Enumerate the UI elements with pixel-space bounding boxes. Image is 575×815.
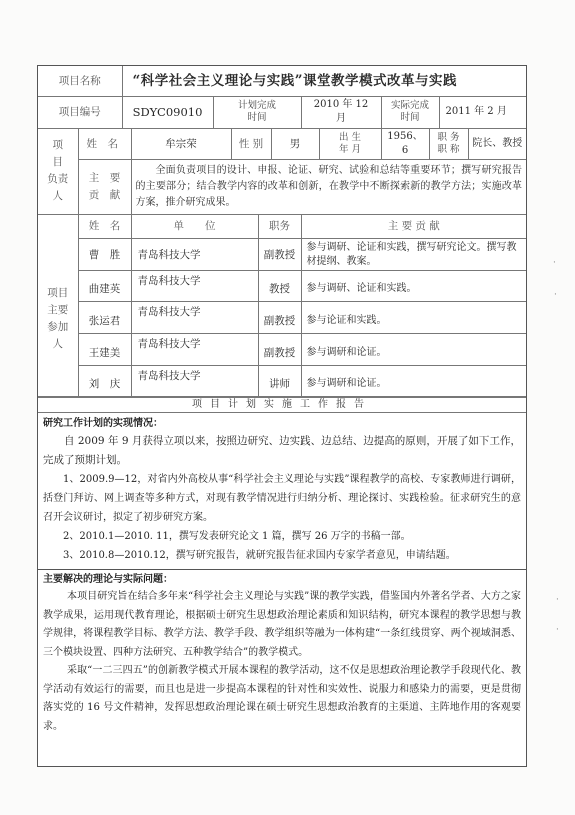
member-unit: 青岛科技大学 — [131, 239, 258, 271]
table-row: 曹 胜 青岛科技大学 副教授 参与调研、论证和实践，撰写研究论文。撰写教材提纲、… — [38, 239, 526, 271]
members-group-label: 项目 主要 参加 人 — [38, 215, 78, 397]
leader-title-label: 职 务 职 称 — [429, 129, 468, 159]
leader-group-label: 项 目 负责 人 — [38, 129, 78, 214]
member-unit: 青岛科技大学 — [131, 271, 258, 302]
project-code-value: SDYC09010 — [122, 97, 213, 129]
leader-name-value: 牟宗荣 — [131, 129, 231, 159]
report-section-title: 项目计划实施工作报告 — [38, 397, 526, 412]
plan-paragraph: 3、2010.8—2010.12，撰写研究报告，就研究报告征求国内专家学者意见，… — [43, 546, 521, 565]
planned-label-line1: 计划完成 — [217, 100, 298, 112]
leader-gender-value: 男 — [271, 129, 319, 159]
plan-paragraph: 自 2009 年 9 月获得立项以来，按照边研究、边实践、边总结、边提高的原则，… — [43, 432, 521, 470]
member-name: 张运君 — [78, 302, 131, 334]
project-report-form: 项目名称 “科学社会主义理论与实践”课堂教学模式改革与实践 项目编号 SDYC0… — [37, 65, 527, 767]
member-contribution: 参与调研、论证和实践。 — [301, 271, 526, 302]
member-contribution: 参与调研、论证和实践，撰写研究论文。撰写教材提纲、教案。 — [301, 239, 526, 271]
member-title: 教授 — [258, 271, 301, 302]
scan-speck: · — [556, 595, 559, 605]
members-table: 项目 主要 参加 人 姓 名 单 位 职务 主 要 贡 献 曹 胜 青岛科技大学… — [38, 215, 526, 398]
plan-paragraph: 2、2010.1—2010. 11，撰写发表研究论文 1 篇，撰写 26 万字的… — [43, 527, 521, 546]
scan-speck: · — [556, 625, 559, 635]
member-name: 曹 胜 — [78, 239, 131, 271]
member-name: 王建美 — [78, 334, 131, 366]
leader-birth-value: 1956、6 — [381, 129, 429, 159]
member-title: 副教授 — [258, 302, 301, 334]
scan-speck: · — [553, 258, 556, 268]
table-row: 曲建英 青岛科技大学 教授 参与调研、论证和实践。 — [38, 271, 526, 302]
members-group-char: 主要 — [41, 302, 75, 319]
project-code-label: 项目编号 — [38, 97, 122, 129]
planned-completion-label: 计划完成 时间 — [213, 97, 301, 129]
actual-label-line2: 时间 — [385, 112, 436, 124]
issues-heading: 主要解决的理论与实际问题： — [43, 572, 521, 588]
members-header-contribution: 主 要 贡 献 — [301, 215, 526, 239]
member-contribution: 参与调研和论证。 — [301, 366, 526, 397]
planned-completion-value: 2010 年 12 月 — [301, 97, 381, 129]
plan-heading: 研究工作计划的实现情况： — [43, 416, 521, 432]
project-meta-table: 项目编号 SDYC09010 计划完成 时间 2010 年 12 月 实际完成 … — [38, 97, 526, 130]
members-header-name: 姓 名 — [78, 215, 131, 239]
plan-paragraph: 1、2009.9—12，对省内外高校从事“科学社会主义理论与实践”课程教学的高校… — [43, 470, 521, 527]
birth-label-line1: 出 生 — [323, 132, 378, 144]
leader-group-char: 负责 — [41, 171, 75, 188]
title-label-line1: 职 务 — [433, 132, 465, 144]
leader-group-char: 项 — [41, 137, 75, 154]
members-header-title: 职务 — [258, 215, 301, 239]
members-group-char: 项目 — [41, 285, 75, 302]
leader-contribution-value: 全面负责项目的设计、申报、论证、研究、试验和总结等重要环节；撰写研究报告的主要部… — [131, 159, 526, 214]
project-name-label: 项目名称 — [38, 66, 122, 96]
member-name: 曲建英 — [78, 271, 131, 302]
members-group-char: 参加 — [41, 319, 75, 336]
member-unit: 青岛科技大学 — [131, 302, 258, 334]
plan-realization-block: 研究工作计划的实现情况： 自 2009 年 9 月获得立项以来，按照边研究、边实… — [38, 412, 526, 569]
table-row: 王建美 青岛科技大学 副教授 参与调研和论证。 — [38, 334, 526, 366]
leader-birth-label: 出 生 年 月 — [319, 129, 381, 159]
project-name-table: 项目名称 “科学社会主义理论与实践”课堂教学模式改革与实践 — [38, 66, 526, 97]
member-contribution: 参与论证和实践。 — [301, 302, 526, 334]
members-group-char: 人 — [41, 336, 75, 353]
members-header-unit: 单 位 — [131, 215, 258, 239]
contrib-label-line1: 主 要 — [82, 170, 128, 187]
member-contribution: 参与调研和论证。 — [301, 334, 526, 366]
member-unit: 青岛科技大学 — [131, 366, 258, 397]
actual-label-line1: 实际完成 — [385, 100, 436, 112]
planned-label-line2: 时间 — [217, 112, 298, 124]
leader-contribution-label: 主 要 贡 献 — [78, 159, 131, 214]
member-unit: 青岛科技大学 — [131, 334, 258, 366]
leader-title-value: 院长、教授 — [468, 129, 526, 159]
contrib-label-line2: 贡 献 — [82, 187, 128, 204]
issues-solved-block: 主要解决的理论与实际问题： 本项目研究旨在结合多年来“科学社会主义理论与实践”课… — [38, 569, 526, 766]
actual-completion-label: 实际完成 时间 — [381, 97, 439, 129]
member-title: 副教授 — [258, 239, 301, 271]
issues-paragraph: 本项目研究旨在结合多年来“科学社会主义理论与实践”课的教学实践，借鉴国内外著名学… — [43, 588, 521, 662]
member-title: 副教授 — [258, 334, 301, 366]
member-title: 讲师 — [258, 366, 301, 397]
table-row: 刘 庆 青岛科技大学 讲师 参与调研和论证。 — [38, 366, 526, 397]
project-name-value: “科学社会主义理论与实践”课堂教学模式改革与实践 — [122, 66, 526, 96]
scan-speck: · — [554, 290, 557, 300]
leader-gender-label: 性 别 — [231, 129, 271, 159]
leader-group-char: 人 — [41, 188, 75, 205]
leader-group-char: 目 — [41, 154, 75, 171]
member-name: 刘 庆 — [78, 366, 131, 397]
actual-completion-value: 2011 年 2 月 — [439, 97, 526, 129]
leader-table: 项 目 负责 人 姓 名 牟宗荣 性 别 男 出 生 年 月 1956、6 职 … — [38, 129, 526, 215]
birth-label-line2: 年 月 — [323, 144, 378, 156]
title-label-line2: 职 称 — [433, 144, 465, 156]
leader-name-label: 姓 名 — [78, 129, 131, 159]
issues-paragraph: 采取“一二三四五”的创新教学模式开展本课程的教学活动，这不仅是思想政治理论教学手… — [43, 662, 521, 736]
table-row: 张运君 青岛科技大学 副教授 参与论证和实践。 — [38, 302, 526, 334]
